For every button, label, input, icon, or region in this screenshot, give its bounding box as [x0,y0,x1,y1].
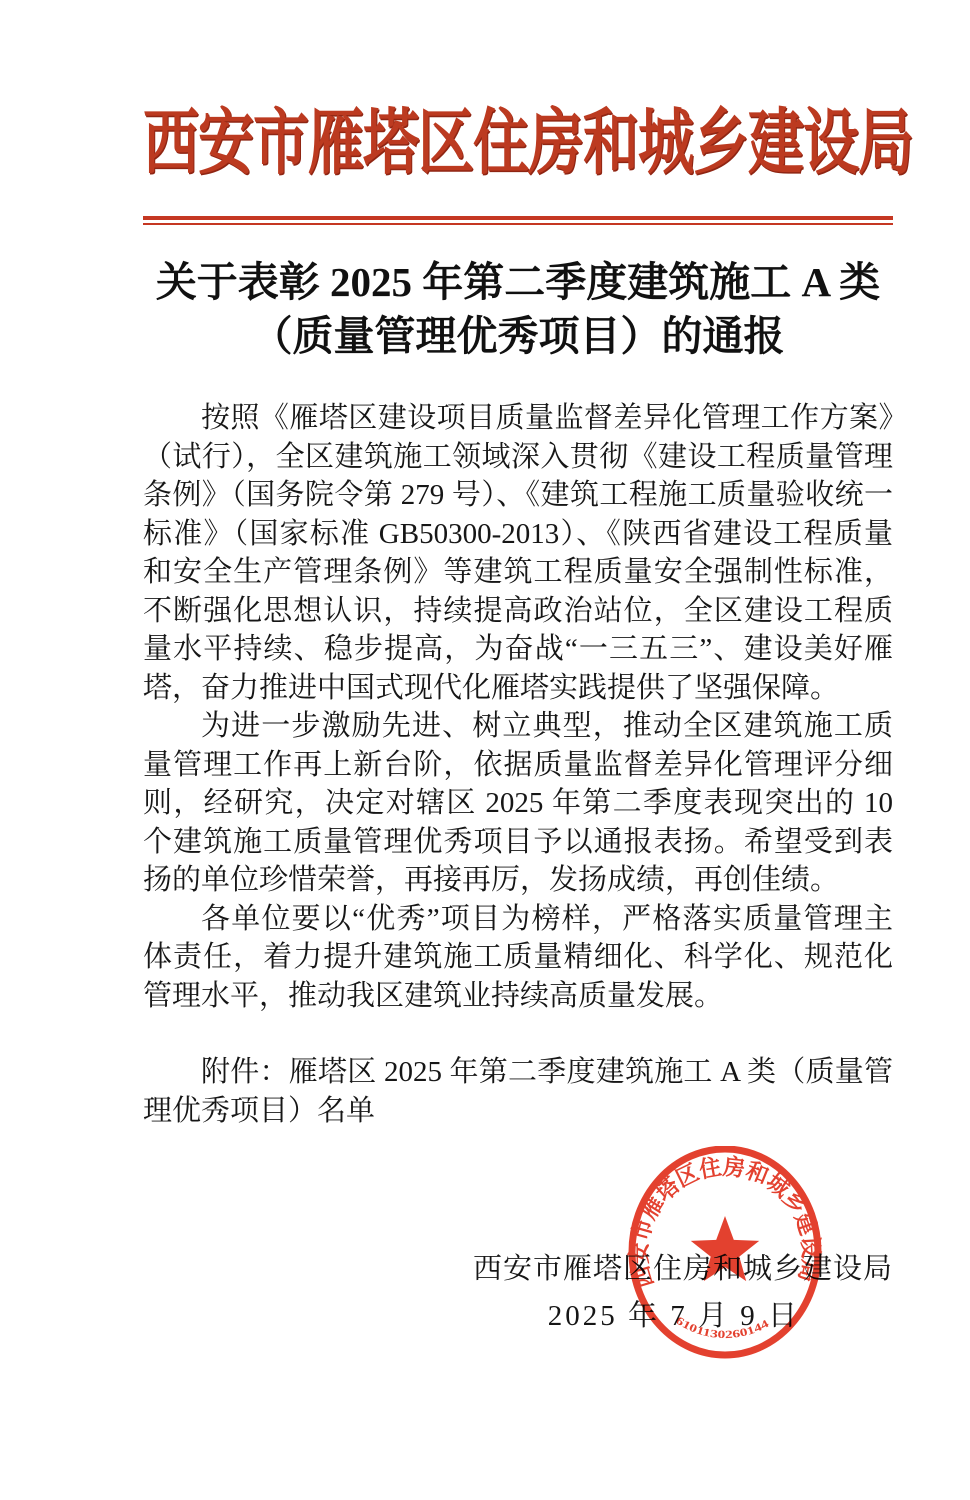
body-paragraph: 按照《雁塔区建设项目质量监督差异化管理工作方案》（试行），全区建筑施工领域深入贯… [143,399,893,707]
letterhead-separator [143,216,893,225]
separator-line-thin [143,223,893,225]
document-body: 按照《雁塔区建设项目质量监督差异化管理工作方案》（试行），全区建筑施工领域深入贯… [143,399,893,1015]
separator-line-thick [143,216,893,220]
body-paragraph: 为进一步激励先进、树立典型，推动全区建筑施工质量管理工作再上新台阶，依据质量监督… [143,707,893,900]
signature-date: 2025 年 7 月 9 日 [548,1293,800,1334]
letterhead-org-name: 西安市雁塔区住房和城乡建设局 [143,80,893,208]
attachment-note: 附件：雁塔区 2025 年第二季度建筑施工 A 类（质量管理优秀项目）名单 [143,1053,893,1130]
document-title: 关于表彰 2025 年第二季度建筑施工 A 类（质量管理优秀项目）的通报 [143,255,893,363]
body-paragraph: 各单位要以“优秀”项目为榜样，严格落实质量管理主体责任，着力提升建筑施工质量精细… [143,900,893,1016]
signature-block: 西安市雁塔区住房和城乡建设局 2025 年 7 月 9 日 西安市雁塔区住房和城… [143,1146,893,1500]
signature-org-name: 西安市雁塔区住房和城乡建设局 [473,1246,893,1287]
document-page: 西安市雁塔区住房和城乡建设局 关于表彰 2025 年第二季度建筑施工 A 类（质… [0,0,970,1500]
